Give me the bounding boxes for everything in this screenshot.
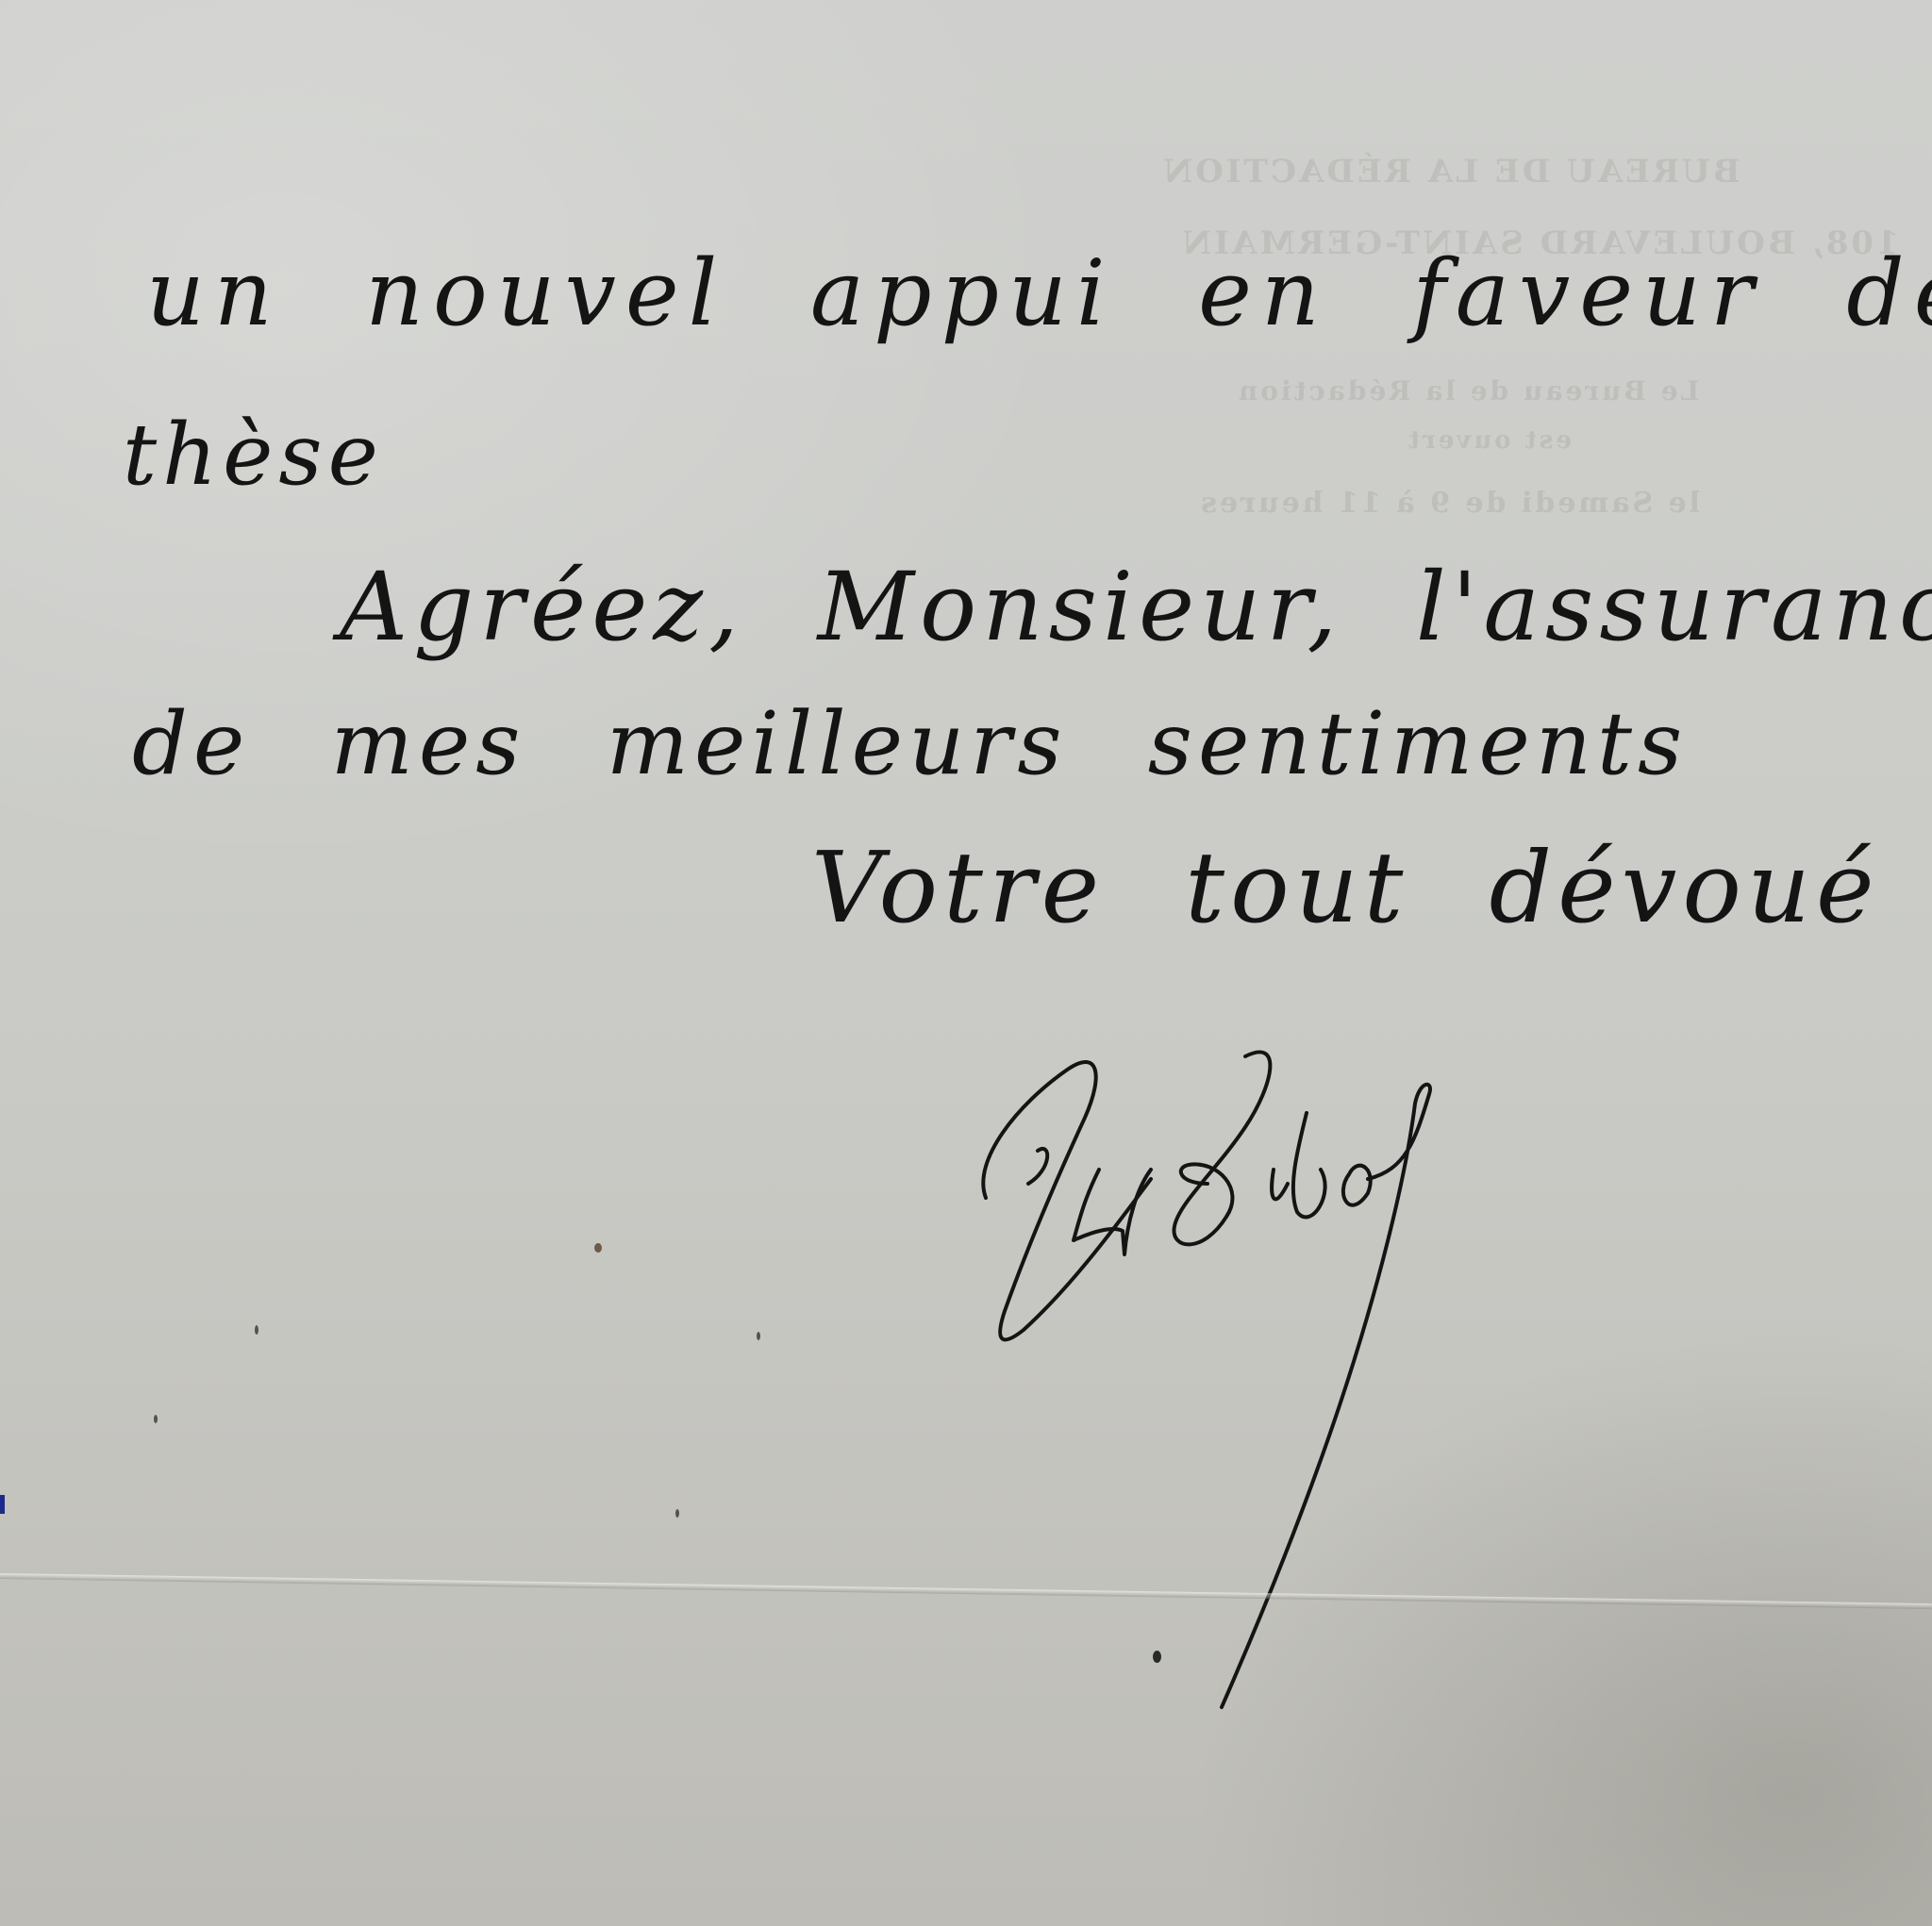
bleed-through-line: BUREAU DE LA RÉDACTION: [1160, 153, 1740, 191]
ink-speck: [255, 1325, 258, 1335]
ink-speck: [1153, 1651, 1161, 1663]
ink-speck: [154, 1415, 158, 1423]
signature-icon: [962, 1028, 1641, 1745]
bleed-through-line: le Samedi de 9 à 11 heures: [1198, 487, 1700, 520]
ink-speck: [594, 1243, 602, 1253]
letter-line-3: Agréez, Monsieur, l'assurance: [340, 552, 1932, 662]
signature: Th. Ribot: [962, 1028, 1641, 1745]
ink-speck: [757, 1332, 760, 1340]
bleed-through-line: Le Bureau de la Rédaction: [1236, 375, 1699, 407]
letter-line-2: thèse: [123, 406, 384, 505]
letter-closing: Votre tout dévoué: [811, 830, 1880, 945]
letter-page: BUREAU DE LA RÉDACTION 108, BOULEVARD SA…: [0, 0, 1932, 1926]
ink-speck: [675, 1509, 679, 1518]
bleed-through-line: est ouvert: [1406, 426, 1572, 455]
letter-line-1: un nouvel appui en faveur de ma: [146, 241, 1932, 346]
letter-line-4: de mes meilleurs sentiments: [132, 693, 1688, 794]
edge-mark: [0, 1495, 5, 1514]
